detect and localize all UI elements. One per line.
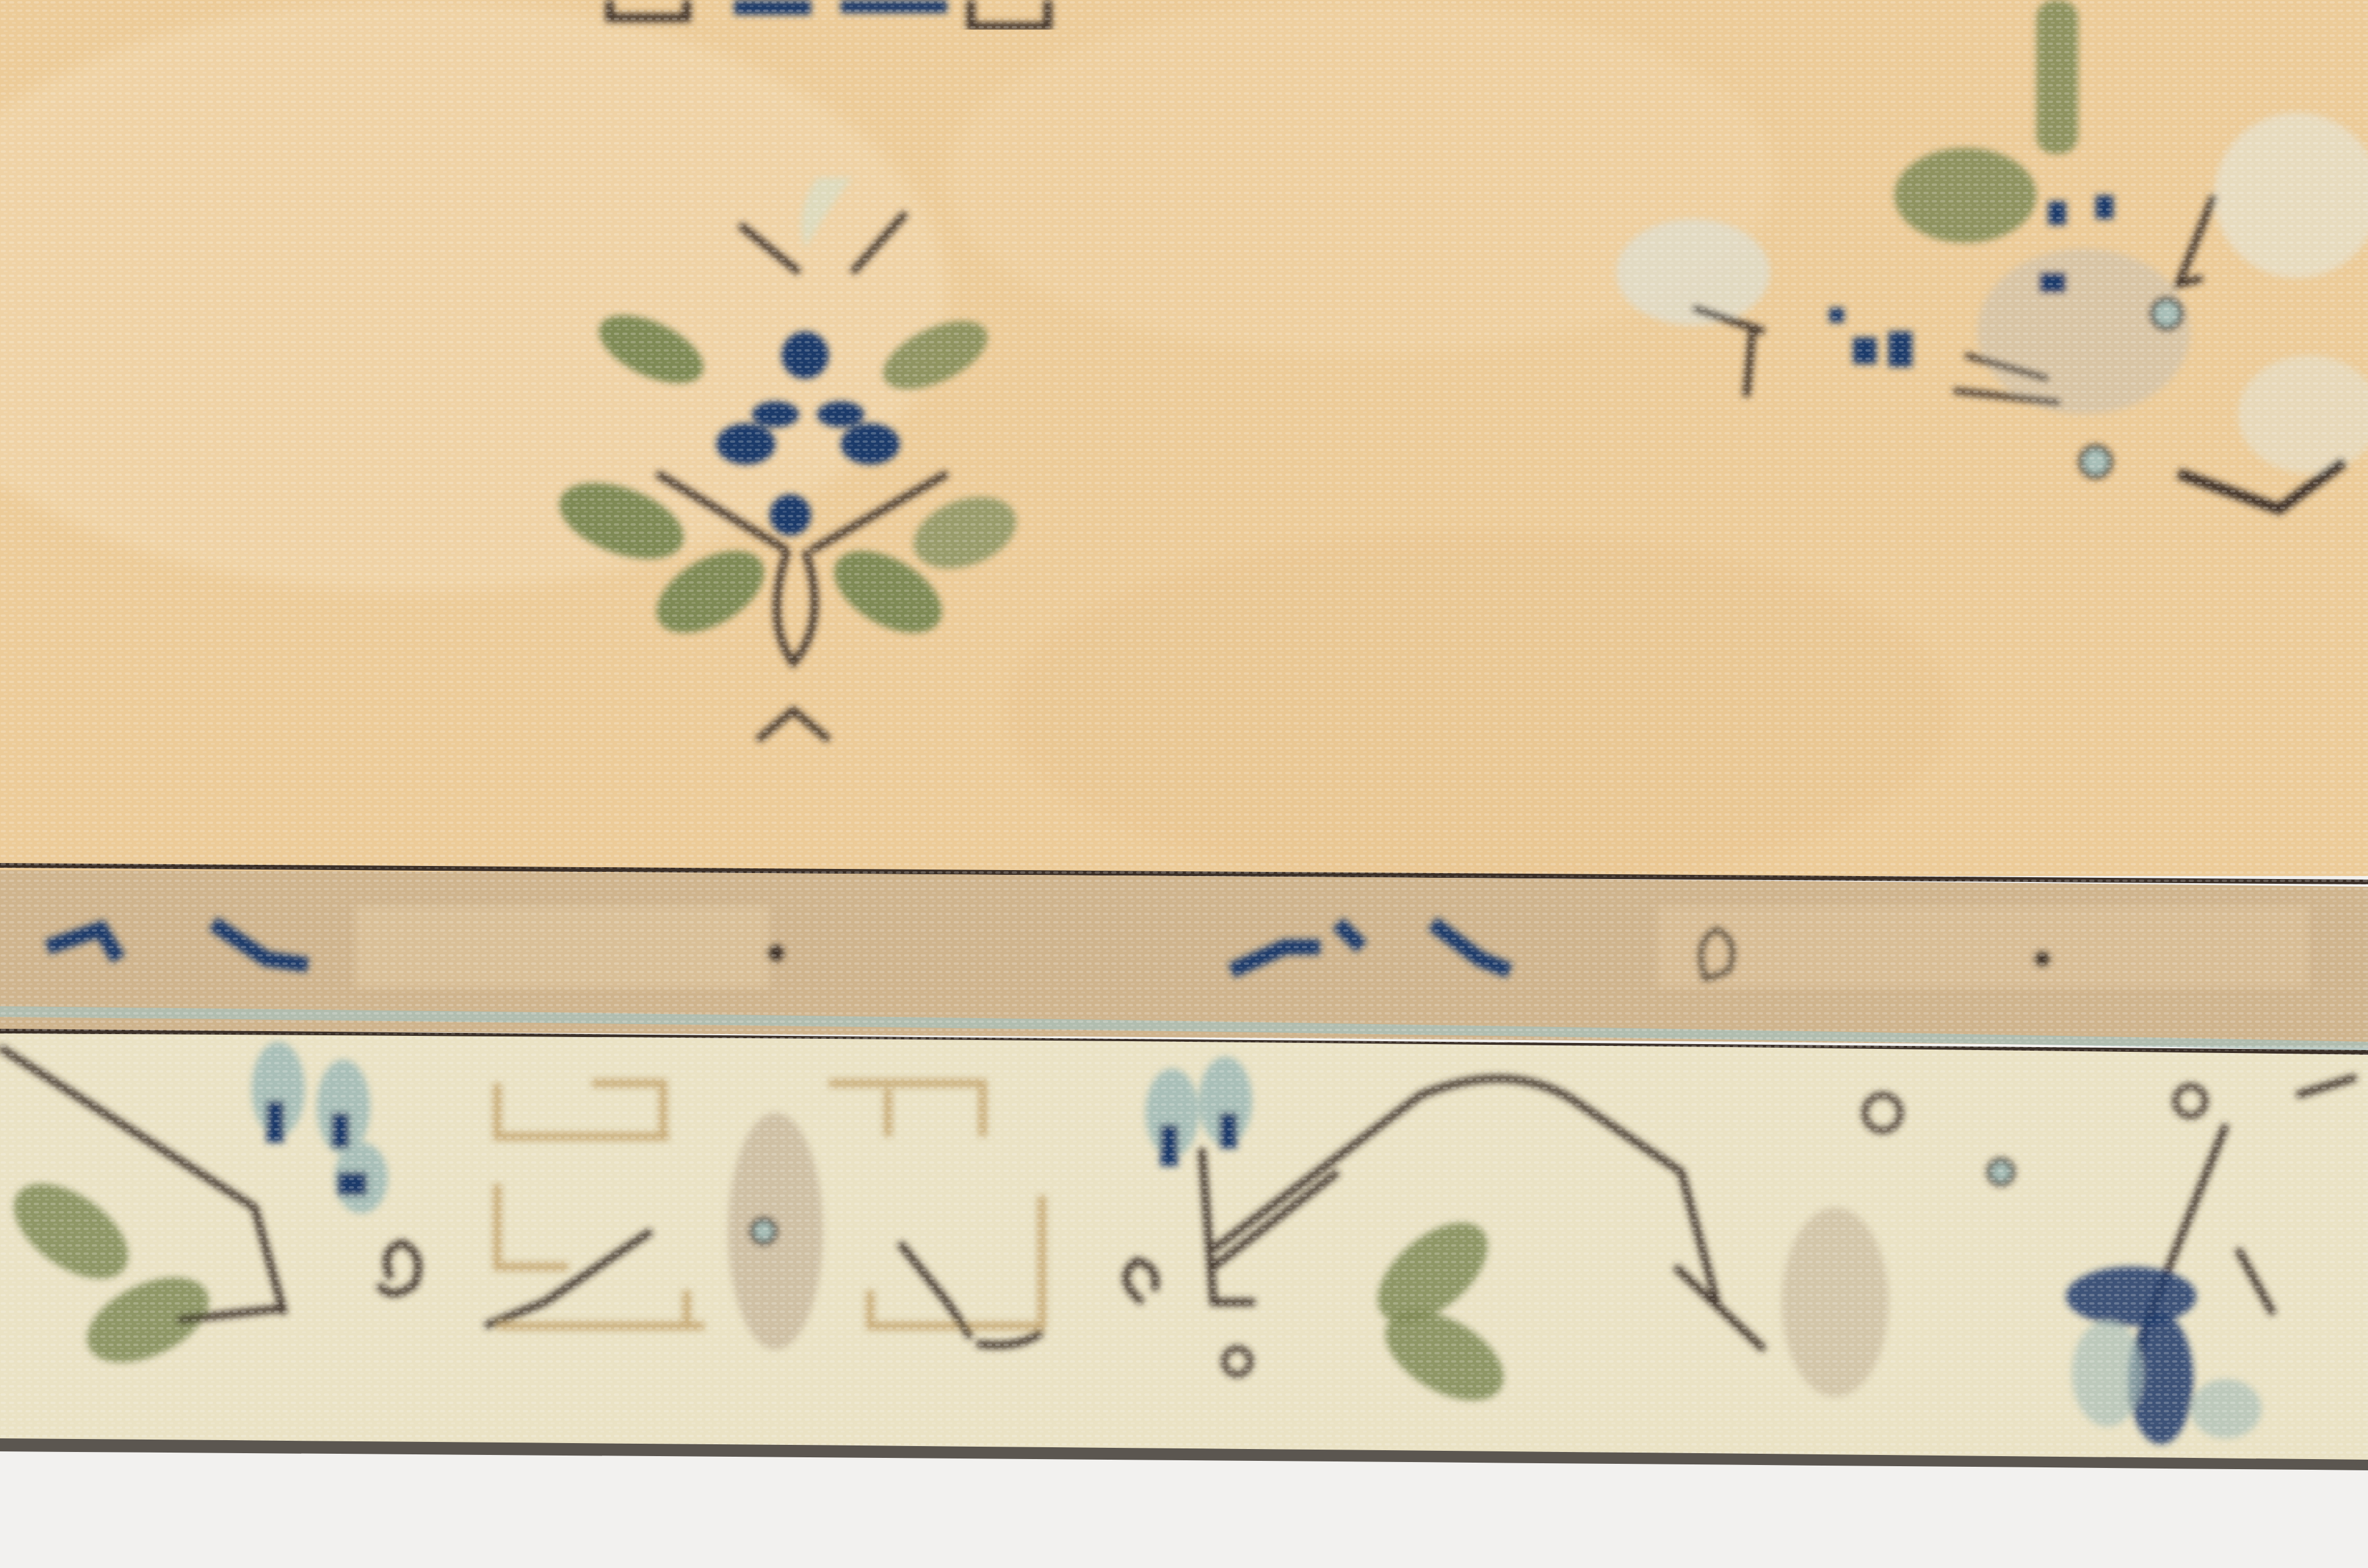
rug-photograph	[0, 0, 2368, 1568]
knot-texture	[0, 0, 2368, 1462]
